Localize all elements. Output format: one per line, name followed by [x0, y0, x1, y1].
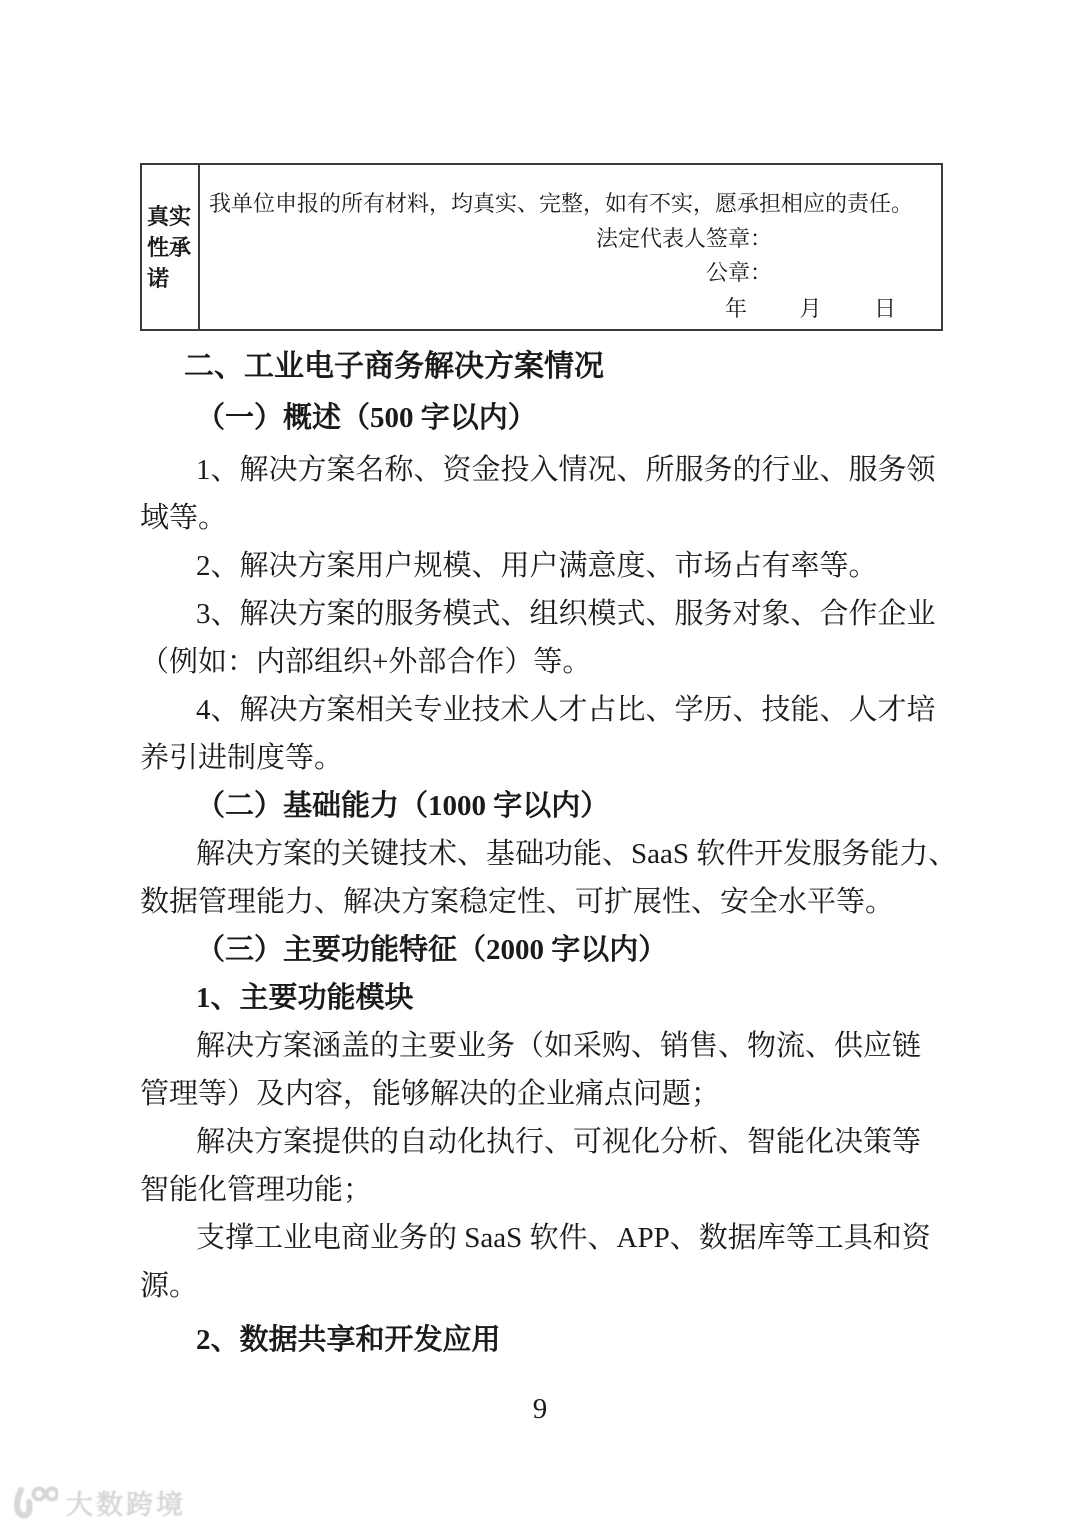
commitment-cell: 我单位申报的所有材料，均真实、完整，如有不实，愿承担相应的责任。 法定代表人签章… — [200, 165, 941, 329]
body-text-line: 1、解决方案名称、资金投入情况、所服务的行业、服务领 — [140, 446, 945, 494]
month-label: 月 — [799, 296, 821, 321]
body-text-line: 4、解决方案相关专业技术人才占比、学历、技能、人才培 — [140, 686, 945, 734]
body-text-line: 2、解决方案用户规模、用户满意度、市场占有率等。 — [140, 542, 945, 590]
body-text-line: 数据管理能力、解决方案稳定性、可扩展性、安全水平等。 — [140, 878, 945, 926]
section-heading: 二、工业电子商务解决方案情况 — [140, 343, 945, 391]
body-text-line: 解决方案涵盖的主要业务（如采购、销售、物流、供应链 — [140, 1022, 945, 1070]
brand-watermark: 大数跨境 — [12, 1483, 186, 1522]
body-text-line: 解决方案的关键技术、基础功能、SaaS 软件开发服务能力、 — [140, 830, 945, 878]
body-text-line: 智能化管理功能； — [140, 1166, 945, 1214]
year-label: 年 — [725, 296, 747, 321]
date-placeholder-line: 年 月 日 — [200, 294, 941, 324]
subheading-main-function-modules: 1、主要功能模块 — [140, 974, 945, 1022]
commitment-statement: 我单位申报的所有材料，均真实、完整，如有不实，愿承担相应的责任。 — [200, 189, 941, 219]
body-text-line: 源。 — [140, 1262, 945, 1310]
body-text-line: 养引进制度等。 — [140, 734, 945, 782]
body-text-line: 支撑工业电商业务的 SaaS 软件、APP、数据库等工具和资 — [140, 1214, 945, 1262]
commitment-row-header: 真实性承诺 — [147, 201, 193, 294]
section-content: 二、工业电子商务解决方案情况 （一）概述（500 字以内） 1、解决方案名称、资… — [140, 343, 945, 1364]
legal-representative-signature-label: 法定代表人签章： — [200, 224, 941, 254]
body-text-line: 管理等）及内容，能够解决的企业痛点问题； — [140, 1070, 945, 1118]
commitment-row-header-cell: 真实性承诺 — [142, 165, 200, 329]
body-text-line: 域等。 — [140, 494, 945, 542]
body-text-line: （例如：内部组织+外部合作）等。 — [140, 638, 945, 686]
day-label: 日 — [874, 296, 896, 321]
commitment-table: 真实性承诺 我单位申报的所有材料，均真实、完整，如有不实，愿承担相应的责任。 法… — [140, 163, 943, 331]
subheading-main-features: （三）主要功能特征（2000 字以内） — [140, 926, 945, 974]
subheading-overview: （一）概述（500 字以内） — [140, 394, 945, 442]
subheading-data-sharing: 2、数据共享和开发应用 — [140, 1316, 945, 1364]
page-number: 9 — [0, 1389, 1080, 1429]
subheading-basic-capability: （二）基础能力（1000 字以内） — [140, 782, 945, 830]
brand-watermark-text: 大数跨境 — [66, 1483, 186, 1522]
body-text-line: 3、解决方案的服务模式、组织模式、服务对象、合作企业 — [140, 590, 945, 638]
official-seal-label: 公章： — [200, 258, 941, 288]
document-page: 真实性承诺 我单位申报的所有材料，均真实、完整，如有不实，愿承担相应的责任。 法… — [0, 0, 1080, 1527]
body-text-line: 解决方案提供的自动化执行、可视化分析、智能化决策等 — [140, 1118, 945, 1166]
brand-logo-icon — [12, 1484, 58, 1522]
